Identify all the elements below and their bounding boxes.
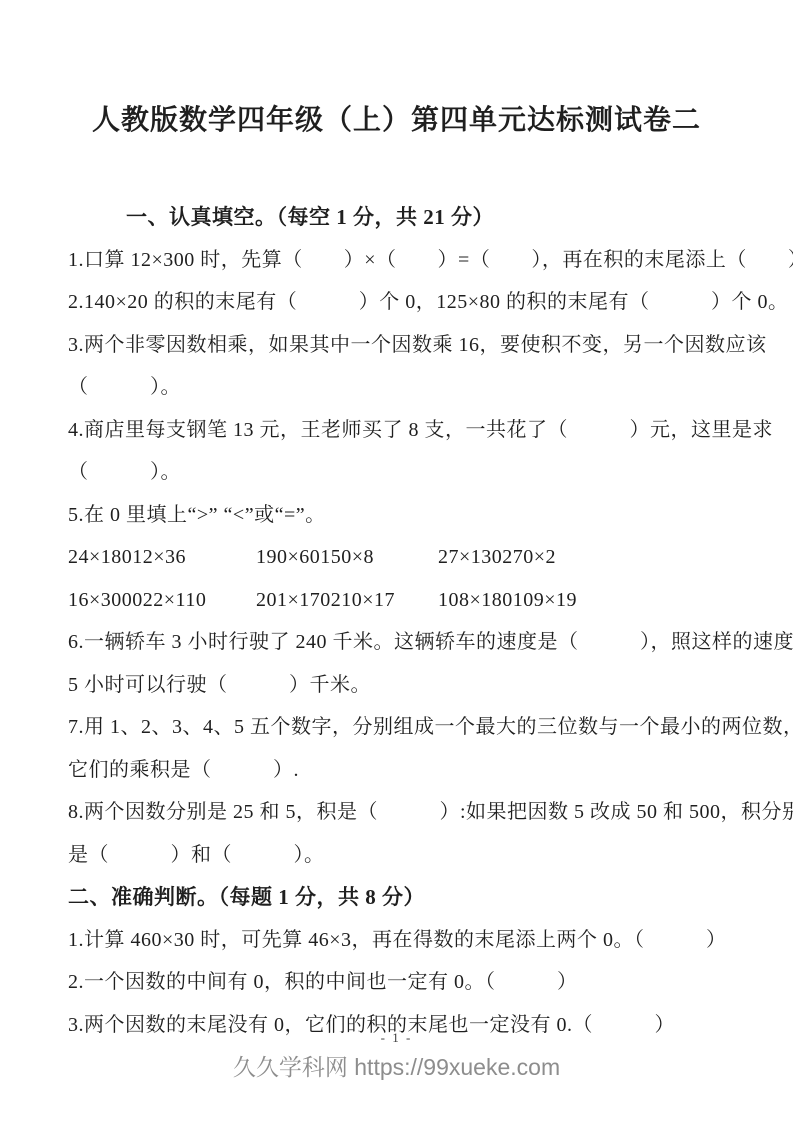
judge-question-2: 2.一个因数的中间有 0，积的中间也一定有 0。（ ） xyxy=(68,961,731,1004)
page-number: - 1 - xyxy=(0,1028,793,1048)
question-4-line-2: （ ）。 xyxy=(68,451,731,494)
judge-question-1: 1.计算 460×30 时，可先算 46×3，再在得数的末尾添上两个 0。（ ） xyxy=(68,919,731,962)
comparison-item: 108×180109×19 xyxy=(438,579,731,622)
question-2: 2.140×20 的积的末尾有（ ）个 0，125×80 的积的末尾有（ ）个 … xyxy=(68,281,731,324)
comparison-item: 201×170210×17 xyxy=(256,579,438,622)
question-5: 5.在 0 里填上“>” “<”或“=”。 xyxy=(68,494,731,537)
section1-heading: 一、认真填空。（每空 1 分，共 21 分） xyxy=(68,196,731,239)
footer-watermark: 久久学科网 https://99xueke.com xyxy=(0,1050,793,1084)
comparison-row-2: 16×300022×110 201×170210×17 108×180109×1… xyxy=(68,579,731,622)
question-3-line-2: （ ）。 xyxy=(68,366,731,409)
question-4-line-1: 4.商店里每支钢笔 13 元，王老师买了 8 支，一共花了（ ）元，这里是求 xyxy=(68,409,731,452)
question-8-line-2: 是（ ）和（ ）。 xyxy=(68,834,731,877)
section2-heading: 二、准确判断。（每题 1 分，共 8 分） xyxy=(68,876,731,919)
comparison-item: 27×130270×2 xyxy=(438,536,731,579)
question-6-line-1: 6.一辆轿车 3 小时行驶了 240 千米。这辆轿车的速度是（ ），照这样的速度… xyxy=(68,621,731,664)
paper-body: 一、认真填空。（每空 1 分，共 21 分） 1.口算 12×300 时，先算（… xyxy=(68,196,731,1046)
comparison-row-1: 24×18012×36 190×60150×8 27×130270×2 xyxy=(68,536,731,579)
question-7-line-2: 它们的乘积是（ ）. xyxy=(68,749,731,792)
question-8-line-1: 8.两个因数分别是 25 和 5，积是（ ）:如果把因数 5 改成 50 和 5… xyxy=(68,791,731,834)
question-1: 1.口算 12×300 时，先算（ ）×（ ）=（ ），再在积的末尾添上（ ）个… xyxy=(68,239,731,282)
comparison-item: 190×60150×8 xyxy=(256,536,438,579)
question-6-line-2: 5 小时可以行驶（ ）千米。 xyxy=(68,664,731,707)
test-paper-page: 人教版数学四年级（上）第四单元达标测试卷二 一、认真填空。（每空 1 分，共 2… xyxy=(0,0,793,1122)
page-title: 人教版数学四年级（上）第四单元达标测试卷二 xyxy=(0,98,793,138)
question-7-line-1: 7.用 1、2、3、4、5 五个数字，分别组成一个最大的三位数与一个最小的两位数… xyxy=(68,706,731,749)
comparison-item: 24×18012×36 xyxy=(68,536,256,579)
question-3-line-1: 3.两个非零因数相乘，如果其中一个因数乘 16，要使积不变，另一个因数应该 xyxy=(68,324,731,367)
comparison-item: 16×300022×110 xyxy=(68,579,256,622)
